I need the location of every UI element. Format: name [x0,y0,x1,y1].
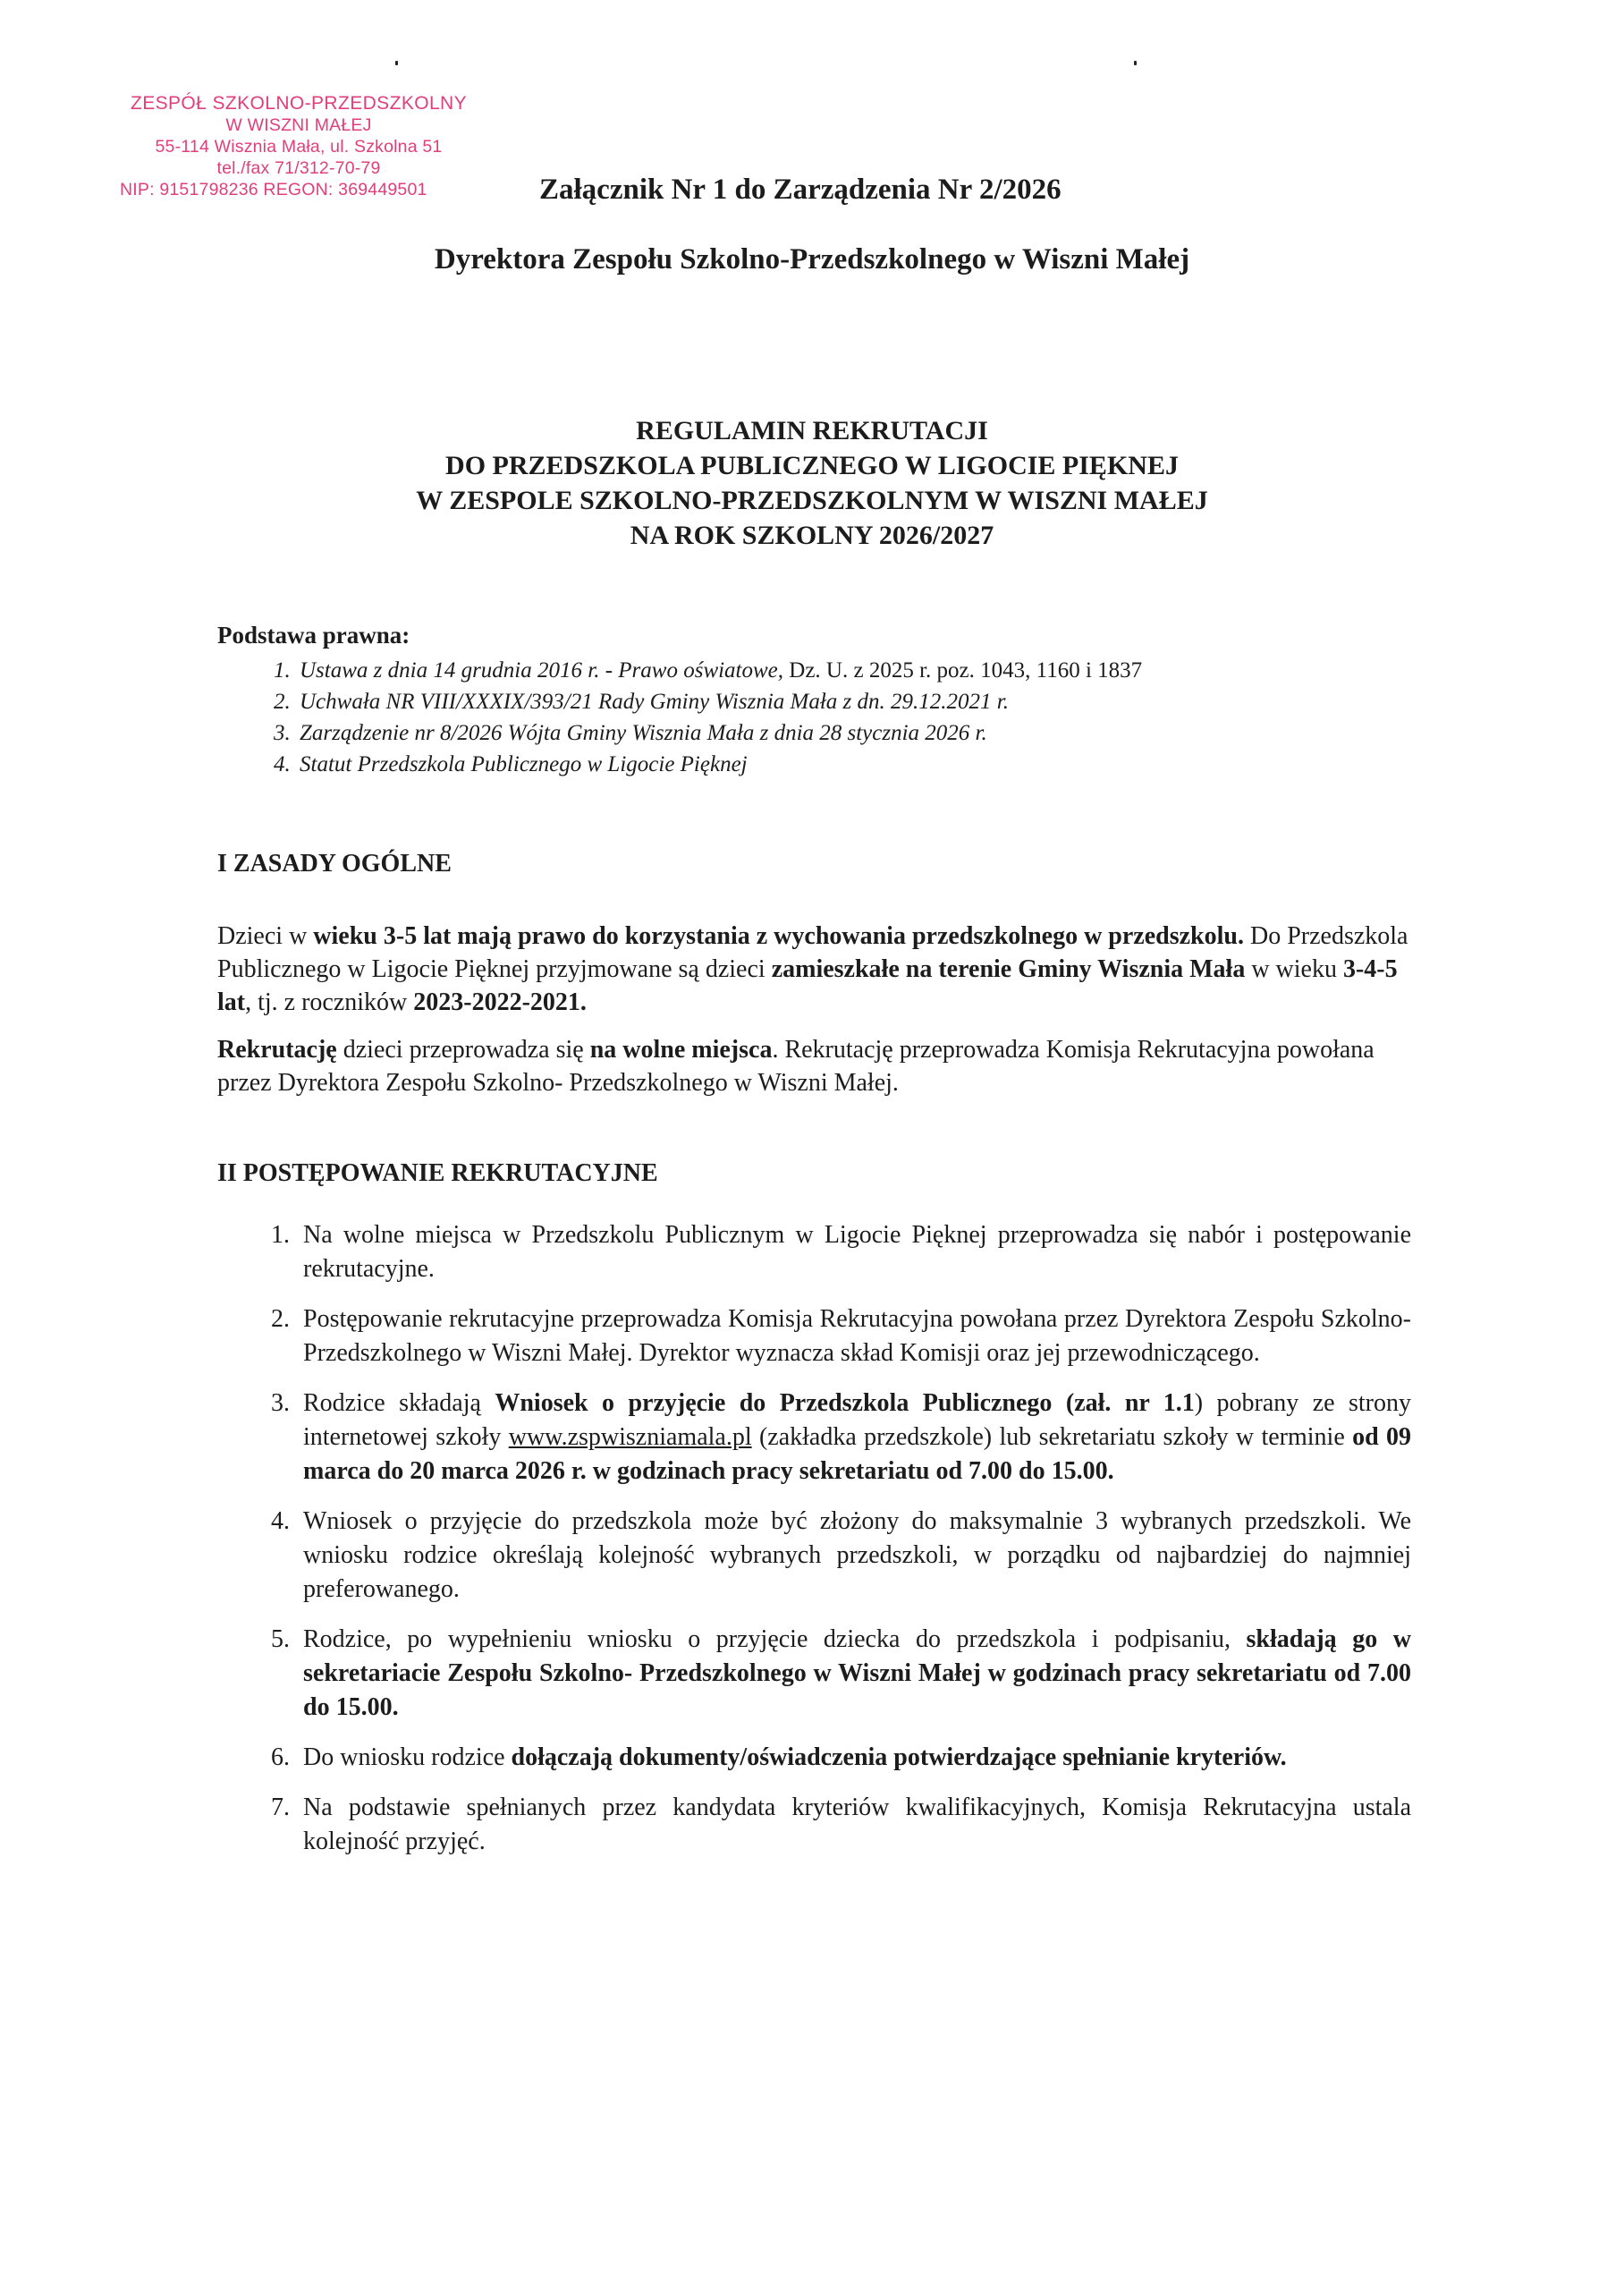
school-website-link[interactable]: www.zspwiszniamala.pl [509,1423,752,1451]
regulation-title-line: W ZESPOLE SZKOLNO-PRZEDSZKOLNYM W WISZNI… [0,483,1624,518]
text-run: w wieku [1245,955,1343,983]
text-run: (zakładka przedszkole) lub sekretariatu … [752,1423,1352,1451]
legal-basis-heading: Podstawa prawna: [217,622,1425,649]
bold-run: 2023-2022-2021. [413,988,587,1016]
legal-basis-list: Ustawa z dnia 14 grudnia 2016 r. - Prawo… [217,655,1425,780]
text-run: Na wolne miejsca w Przedszkolu Publiczny… [303,1221,1411,1283]
legal-basis-item: Zarządzenie nr 8/2026 Wójta Gminy Wiszni… [296,717,1425,749]
text-run: , tj. z roczników [245,988,413,1016]
text-run: dzieci przeprowadza się [337,1036,590,1064]
school-stamp: ZESPÓŁ SZKOLNO-PRZEDSZKOLNY W WISZNI MAŁ… [120,93,478,200]
stamp-line-ids: NIP: 9151798236 REGON: 369449501 [120,179,478,200]
text-run: Do wniosku rodzice [303,1743,512,1771]
stamp-line-phone: tel./fax 71/312-70-79 [120,157,478,179]
text-run: Dzieci w [217,922,313,950]
regulation-title-line: DO PRZEDSZKOLA PUBLICZNEGO W LIGOCIE PIĘ… [0,448,1624,483]
text-run: Rodzice, po wypełnieniu wniosku o przyję… [303,1625,1247,1653]
stamp-line-location: W WISZNI MAŁEJ [120,114,478,136]
procedure-list: Na wolne miejsca w Przedszkolu Publiczny… [217,1218,1411,1859]
text-run: Rodzice składają [303,1389,495,1417]
text-run: Wniosek o przyjęcie do przedszkola może … [303,1507,1411,1603]
regulation-title: REGULAMIN REKRUTACJI DO PRZEDSZKOLA PUBL… [0,413,1624,553]
legal-basis: Podstawa prawna: Ustawa z dnia 14 grudni… [217,622,1425,780]
legal-basis-item: Uchwała NR VIII/XXXIX/393/21 Rady Gminy … [296,686,1425,717]
section-heading: II POSTĘPOWANIE REKRUTACYJNE [217,1159,1411,1188]
annex-subtitle: Dyrektora Zespołu Szkolno-Przedszkolnego… [0,243,1624,276]
bold-run: Wniosek o przyjęcie do Przedszkola Publi… [495,1389,1194,1417]
bold-run: Rekrutację [217,1036,337,1064]
legal-basis-item: Ustawa z dnia 14 grudnia 2016 r. - Prawo… [296,655,1425,686]
text-run: Postępowanie rekrutacyjne przeprowadza K… [303,1305,1411,1367]
regulation-title-line: REGULAMIN REKRUTACJI [0,413,1624,448]
legal-basis-item-title: Zarządzenie nr 8/2026 Wójta Gminy Wiszni… [300,721,987,745]
section-heading: I ZASADY OGÓLNE [217,850,1411,878]
regulation-title-line: NA ROK SZKOLNY 2026/2027 [0,518,1624,553]
procedure-item: Wniosek o przyjęcie do przedszkola może … [296,1505,1411,1607]
text-run: Na podstawie spełnianych przez kandydata… [303,1794,1411,1855]
legal-basis-item: Statut Przedszkola Publicznego w Ligocie… [296,749,1425,780]
procedure-item: Na podstawie spełnianych przez kandydata… [296,1791,1411,1859]
procedure-item: Do wniosku rodzice dołączają dokumenty/o… [296,1741,1411,1775]
bold-run: dołączają dokumenty/oświadczenia potwier… [512,1743,1287,1771]
procedure-item: Rodzice, po wypełnieniu wniosku o przyję… [296,1623,1411,1725]
legal-basis-item-title: Uchwała NR VIII/XXXIX/393/21 Rady Gminy … [300,690,1009,714]
legal-basis-item-title: Statut Przedszkola Publicznego w Ligocie… [300,752,748,776]
stamp-line-name: ZESPÓŁ SZKOLNO-PRZEDSZKOLNY [120,93,478,114]
bold-run: zamieszkałe na terenie Gminy Wisznia Mał… [772,955,1246,983]
legal-basis-item-reference: Dz. U. z 2025 r. poz. 1043, 1160 i 1837 [783,658,1142,683]
section-recruitment-procedure: II POSTĘPOWANIE REKRUTACYJNE Na wolne mi… [217,1159,1411,1875]
annex-title: Załącznik Nr 1 do Zarządzenia Nr 2/2026 [539,174,1062,207]
scan-dot [395,61,398,65]
paragraph-recruitment: Rekrutację dzieci przeprowadza się na wo… [217,1033,1411,1099]
procedure-item: Postępowanie rekrutacyjne przeprowadza K… [296,1302,1411,1370]
bold-run: na wolne miejsca [590,1036,773,1064]
procedure-item: Na wolne miejsca w Przedszkolu Publiczny… [296,1218,1411,1286]
stamp-line-address: 55-114 Wisznia Mała, ul. Szkolna 51 [120,136,478,157]
bold-run: wieku 3-5 lat mają prawo do korzystania … [313,922,1244,950]
section-general-rules: I ZASADY OGÓLNE Dzieci w wieku 3-5 lat m… [217,850,1411,1099]
procedure-item: Rodzice składają Wniosek o przyjęcie do … [296,1387,1411,1488]
paragraph-eligibility: Dzieci w wieku 3-5 lat mają prawo do kor… [217,920,1411,1019]
scan-dot [1134,61,1137,65]
legal-basis-item-title: Ustawa z dnia 14 grudnia 2016 r. - Prawo… [300,658,783,683]
